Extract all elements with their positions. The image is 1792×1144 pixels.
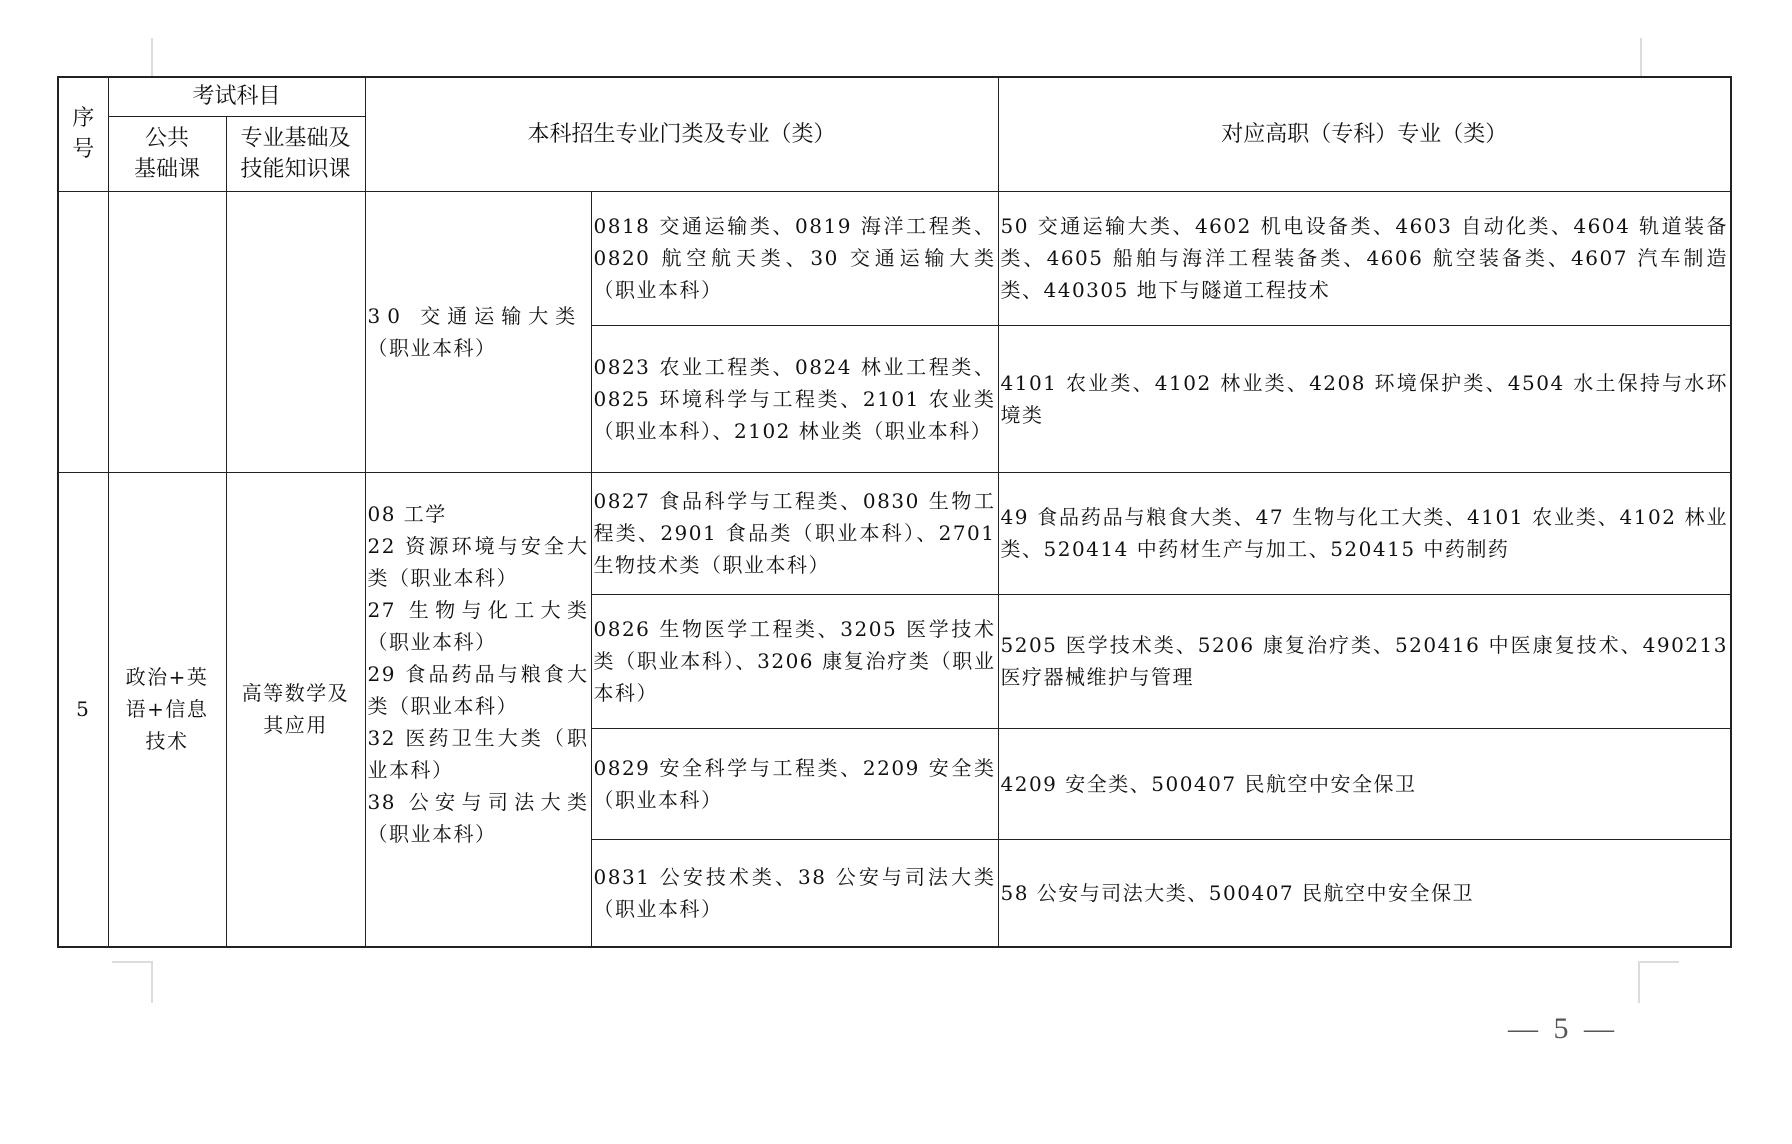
- seq-cell: 5: [58, 472, 108, 947]
- header-professional-basic: 专业基础及 技能知识课: [226, 116, 365, 191]
- seq-cell: [58, 191, 108, 472]
- vocational-cell: 49 食品药品与粮食大类、47 生物与化工大类、4101 农业类、4102 林业…: [998, 472, 1731, 594]
- header-public-basic: 公共 基础课: [108, 116, 226, 191]
- page-number: — 5 —: [1508, 1012, 1618, 1046]
- category-cell: 08 工学 22 资源环境与安全大类（职业本科） 27 生物与化工大类（职业本科…: [365, 472, 591, 947]
- vocational-cell: 58 公安与司法大类、500407 民航空中安全保卫: [998, 839, 1731, 947]
- majors-cell: 0818 交通运输类、0819 海洋工程类、0820 航空航天类、30 交通运输…: [591, 191, 998, 325]
- vocational-cell: 4101 农业类、4102 林业类、4208 环境保护类、4504 水土保持与水…: [998, 325, 1731, 472]
- majors-cell: 0827 食品科学与工程类、0830 生物工程类、2901 食品类（职业本科）、…: [591, 472, 998, 594]
- header-undergrad-majors: 本科招生专业门类及专业（类）: [365, 77, 998, 191]
- public-basic-cell: 政治+英 语+信息 技术: [108, 472, 226, 947]
- vocational-cell: 50 交通运输大类、4602 机电设备类、4603 自动化类、4604 轨道装备…: [998, 191, 1731, 325]
- professional-basic-cell: [226, 191, 365, 472]
- table-row: 5 政治+英 语+信息 技术 高等数学及 其应用 08 工学 22 资源环境与安…: [58, 472, 1731, 594]
- vocational-cell: 4209 安全类、500407 民航空中安全保卫: [998, 728, 1731, 839]
- crop-mark-bottom-left: [112, 961, 153, 1003]
- table-row: 30 交通运输大类 （职业本科） 0818 交通运输类、0819 海洋工程类、0…: [58, 191, 1731, 325]
- admissions-table: 序 号 考试科目 本科招生专业门类及专业（类） 对应高职（专科）专业（类） 公共…: [57, 76, 1732, 948]
- majors-cell: 0823 农业工程类、0824 林业工程类、0825 环境科学与工程类、2101…: [591, 325, 998, 472]
- majors-cell: 0831 公安技术类、38 公安与司法大类（职业本科）: [591, 839, 998, 947]
- crop-mark-top-right: [1640, 38, 1642, 76]
- public-basic-cell: [108, 191, 226, 472]
- crop-mark-bottom-right: [1638, 961, 1679, 1003]
- crop-mark-top-left: [151, 38, 153, 76]
- category-cell: 30 交通运输大类 （职业本科）: [365, 191, 591, 472]
- header-vocational-majors: 对应高职（专科）专业（类）: [998, 77, 1731, 191]
- header-exam-subjects: 考试科目: [108, 77, 365, 116]
- majors-cell: 0829 安全科学与工程类、2209 安全类（职业本科）: [591, 728, 998, 839]
- header-seq: 序 号: [58, 77, 108, 191]
- professional-basic-cell: 高等数学及 其应用: [226, 472, 365, 947]
- majors-cell: 0826 生物医学工程类、3205 医学技术类（职业本科）、3206 康复治疗类…: [591, 594, 998, 728]
- vocational-cell: 5205 医学技术类、5206 康复治疗类、520416 中医康复技术、4902…: [998, 594, 1731, 728]
